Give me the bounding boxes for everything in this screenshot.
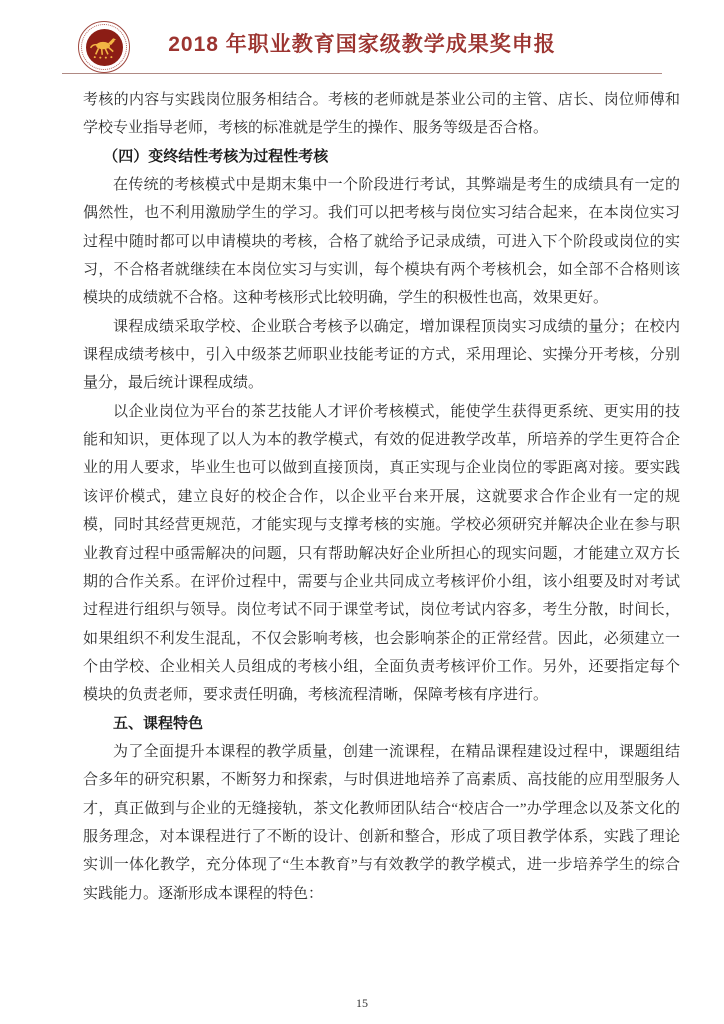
paragraph-continued: 考核的内容与实践岗位服务相结合。考核的老师就是茶业公司的主管、店长、岗位师傅和学… bbox=[83, 86, 680, 143]
section-heading-4: （四）变终结性考核为过程性考核 bbox=[83, 143, 680, 171]
header-title: 2018 年职业教育国家级教学成果奖申报 bbox=[62, 28, 662, 58]
school-seal-inner-disc bbox=[86, 29, 123, 66]
document-body: 考核的内容与实践岗位服务相结合。考核的老师就是茶业公司的主管、店长、岗位师傅和学… bbox=[83, 86, 680, 908]
golden-horse-icon bbox=[89, 35, 119, 59]
paragraph: 为了全面提升本课程的教学质量，创建一流课程，在精品课程建设过程中，课题组结合多年… bbox=[83, 738, 680, 908]
paragraph: 课程成绩采取学校、企业联合考核予以确定，增加课程顶岗实习成绩的量分；在校内课程成… bbox=[83, 313, 680, 398]
page-number: 15 bbox=[356, 996, 368, 1010]
page-footer: 15 bbox=[0, 996, 724, 1011]
school-seal-logo bbox=[78, 21, 130, 73]
paragraph: 以企业岗位为平台的茶艺技能人才评价考核模式，能使学生获得更系统、更实用的技能和知… bbox=[83, 398, 680, 710]
document-page: 2018 年职业教育国家级教学成果奖申报 考核的内容与实践岗位服务相结合。考核的… bbox=[0, 0, 724, 1024]
page-header: 2018 年职业教育国家级教学成果奖申报 bbox=[62, 0, 662, 74]
section-heading-5: 五、课程特色 bbox=[83, 710, 680, 738]
paragraph: 在传统的考核模式中是期末集中一个阶段进行考试，其弊端是考生的成绩具有一定的偶然性… bbox=[83, 171, 680, 313]
